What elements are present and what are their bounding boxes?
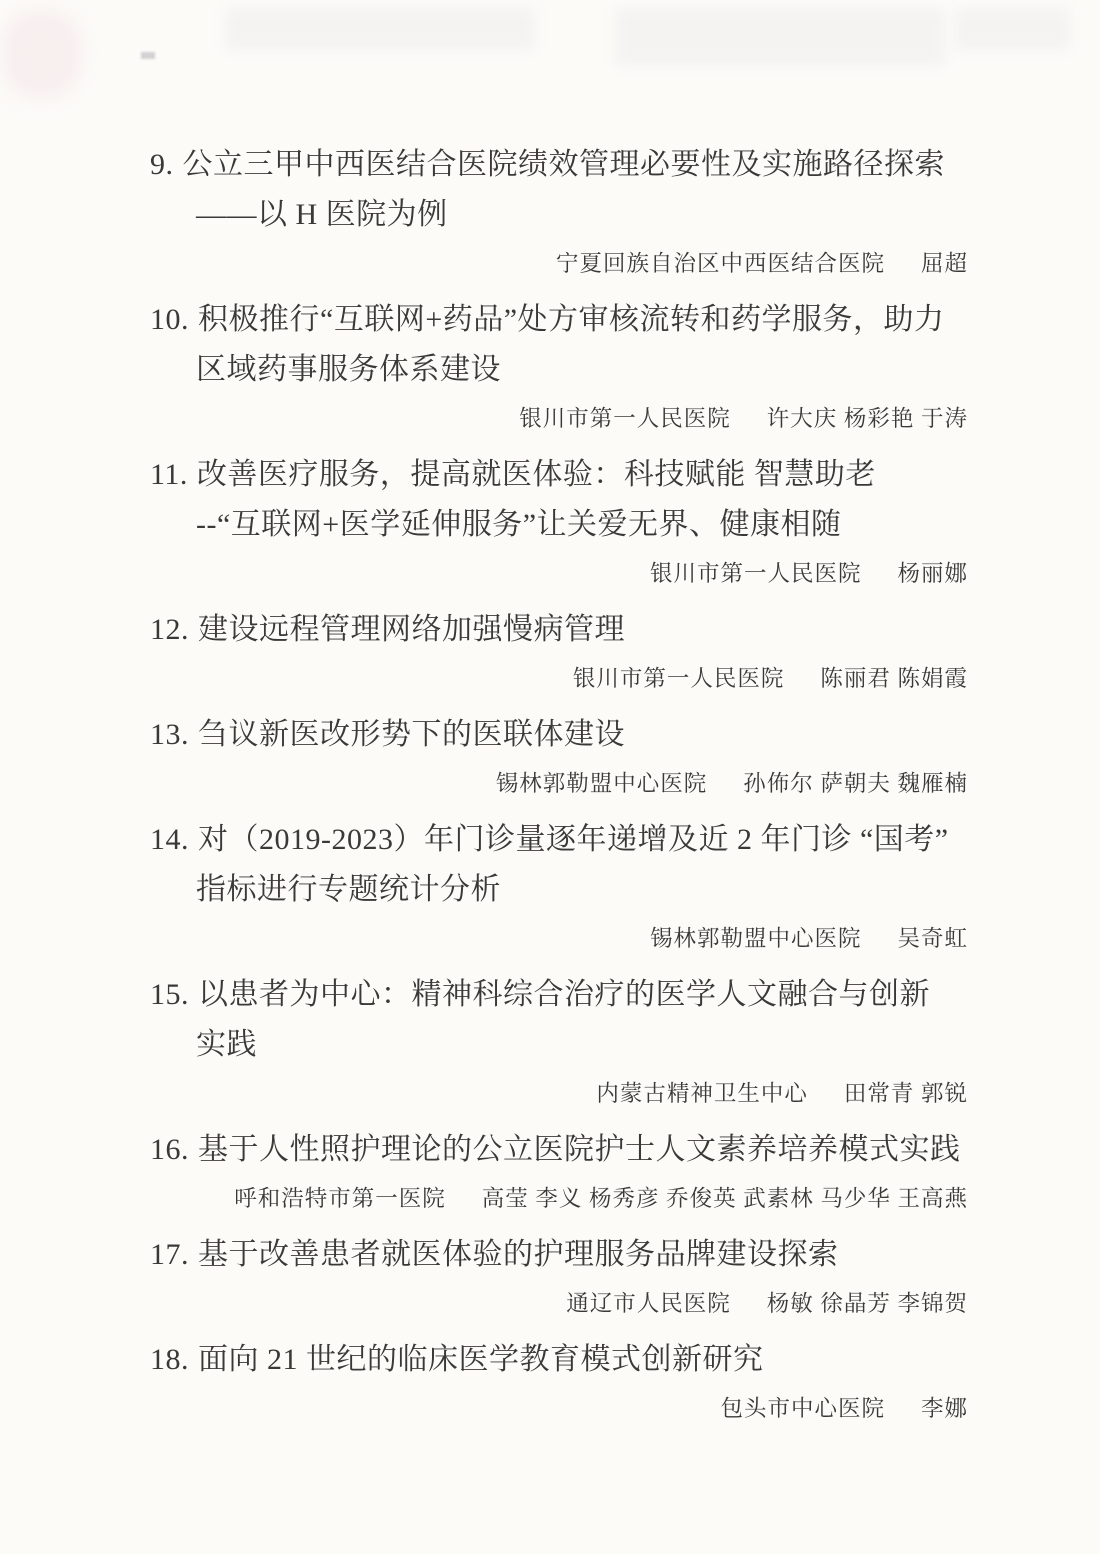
authors: 田常青 郭锐 [844,1081,968,1106]
paper-title-text: 刍议新医改形势下的医联体建设 [198,718,625,751]
paper-byline: 锡林郭勒盟中心医院孙佈尔 萨朝夫 魏雁楠 [150,769,968,799]
paper-title-text: 区域药事服务体系建设 [196,353,501,386]
authors: 李娜 [921,1396,968,1421]
affiliation: 宁夏回族自治区中西医结合医院 [556,251,885,276]
paper-title-text: 面向 21 世纪的临床医学教育模式创新研究 [198,1343,764,1376]
paper-byline: 内蒙古精神卫生中心田常青 郭锐 [150,1079,968,1109]
authors: 杨敏 徐晶芳 李锦贺 [767,1291,968,1316]
paper-title-text: ——以 H 医院为例 [196,198,448,231]
scan-artifact [2,10,82,98]
paper-list: 9.公立三甲中西医结合医院绩效管理必要性及实施路径探索——以 H 医院为例宁夏回… [150,140,968,1424]
scan-artifact [225,8,535,50]
paper-title-line: 区域药事服务体系建设 [196,345,968,395]
affiliation: 包头市中心医院 [720,1396,885,1421]
authors: 陈丽君 陈娟霞 [820,666,968,691]
paper-title-line: 指标进行专题统计分析 [196,865,968,915]
affiliation: 锡林郭勒盟中心医院 [650,926,862,951]
paper-byline: 呼和浩特市第一医院高莹 李义 杨秀彦 乔俊英 武素林 马少华 王高燕 [150,1184,968,1214]
paper-title-text: 基于改善患者就医体验的护理服务品牌建设探索 [198,1238,839,1271]
item-number: 11. [150,458,188,491]
paper-byline: 银川市第一人民医院许大庆 杨彩艳 于涛 [150,404,968,434]
paper-byline: 通辽市人民医院杨敏 徐晶芳 李锦贺 [150,1289,968,1319]
item-number: 14. [150,823,189,856]
list-item: 16.基于人性照护理论的公立医院护士人文素养培养模式实践呼和浩特市第一医院高莹 … [150,1125,968,1214]
paper-title-line: 9.公立三甲中西医结合医院绩效管理必要性及实施路径探索 [150,140,968,190]
list-item: 15.以患者为中心：精神科综合治疗的医学人文融合与创新实践内蒙古精神卫生中心田常… [150,970,968,1109]
affiliation: 银川市第一人民医院 [519,406,731,431]
scan-artifact [141,52,155,59]
list-item: 18.面向 21 世纪的临床医学教育模式创新研究包头市中心医院李娜 [150,1335,968,1424]
affiliation: 银川市第一人民医院 [573,666,785,691]
paper-title-text: 对（2019-2023）年门诊量逐年递增及近 2 年门诊 “国考” [198,823,949,856]
paper-title-text: 公立三甲中西医结合医院绩效管理必要性及实施路径探索 [183,148,946,181]
item-number: 12. [150,613,189,646]
paper-byline: 宁夏回族自治区中西医结合医院屈超 [150,249,968,279]
list-item: 9.公立三甲中西医结合医院绩效管理必要性及实施路径探索——以 H 医院为例宁夏回… [150,140,968,279]
paper-title-line: 15.以患者为中心：精神科综合治疗的医学人文融合与创新 [150,970,968,1020]
authors: 杨丽娜 [897,561,968,586]
paper-title-text: 基于人性照护理论的公立医院护士人文素养培养模式实践 [198,1133,961,1166]
paper-title-line: 13.刍议新医改形势下的医联体建设 [150,710,968,760]
authors: 吴奇虹 [897,926,968,951]
scan-artifact [615,8,945,66]
scan-artifact [955,8,1070,50]
paper-title-line: 18.面向 21 世纪的临床医学教育模式创新研究 [150,1335,968,1385]
paper-title-line: 实践 [196,1020,968,1070]
paper-title-text: 实践 [196,1028,257,1061]
item-number: 9. [150,148,174,181]
affiliation: 内蒙古精神卫生中心 [596,1081,808,1106]
list-item: 11.改善医疗服务，提高就医体验：科技赋能 智慧助老--“互联网+医学延伸服务”… [150,450,968,589]
paper-byline: 银川市第一人民医院陈丽君 陈娟霞 [150,664,968,694]
paper-title-line: 17.基于改善患者就医体验的护理服务品牌建设探索 [150,1230,968,1280]
authors: 许大庆 杨彩艳 于涛 [767,406,968,431]
affiliation: 银川市第一人民医院 [650,561,862,586]
paper-title-line: 10.积极推行“互联网+药品”处方审核流转和药学服务，助力 [150,295,968,345]
item-number: 18. [150,1343,189,1376]
item-number: 13. [150,718,189,751]
item-number: 10. [150,303,189,336]
paper-title-line: 16.基于人性照护理论的公立医院护士人文素养培养模式实践 [150,1125,968,1175]
list-item: 10.积极推行“互联网+药品”处方审核流转和药学服务，助力区域药事服务体系建设银… [150,295,968,434]
paper-byline: 银川市第一人民医院杨丽娜 [150,559,968,589]
paper-title-line: 11.改善医疗服务，提高就医体验：科技赋能 智慧助老 [150,450,968,500]
list-item: 17.基于改善患者就医体验的护理服务品牌建设探索通辽市人民医院杨敏 徐晶芳 李锦… [150,1230,968,1319]
paper-title-text: --“互联网+医学延伸服务”让关爱无界、健康相随 [196,508,842,541]
paper-title-text: 以患者为中心：精神科综合治疗的医学人文融合与创新 [198,978,930,1011]
paper-byline: 包头市中心医院李娜 [150,1394,968,1424]
item-number: 17. [150,1238,189,1271]
list-item: 12.建设远程管理网络加强慢病管理银川市第一人民医院陈丽君 陈娟霞 [150,605,968,694]
list-item: 13.刍议新医改形势下的医联体建设锡林郭勒盟中心医院孙佈尔 萨朝夫 魏雁楠 [150,710,968,799]
paper-title-line: 14.对（2019-2023）年门诊量逐年递增及近 2 年门诊 “国考” [150,815,968,865]
paper-title-text: 积极推行“互联网+药品”处方审核流转和药学服务，助力 [198,303,945,336]
paper-title-text: 改善医疗服务，提高就医体验：科技赋能 智慧助老 [197,458,876,491]
paper-byline: 锡林郭勒盟中心医院吴奇虹 [150,924,968,954]
paper-title-line: ——以 H 医院为例 [196,190,968,240]
affiliation: 锡林郭勒盟中心医院 [496,771,708,796]
paper-title-line: --“互联网+医学延伸服务”让关爱无界、健康相随 [196,500,968,550]
list-item: 14.对（2019-2023）年门诊量逐年递增及近 2 年门诊 “国考”指标进行… [150,815,968,954]
authors: 屈超 [921,251,968,276]
affiliation: 呼和浩特市第一医院 [234,1186,446,1211]
item-number: 16. [150,1133,189,1166]
scanned-document-page: 9.公立三甲中西医结合医院绩效管理必要性及实施路径探索——以 H 医院为例宁夏回… [0,0,1100,1554]
affiliation: 通辽市人民医院 [566,1291,731,1316]
paper-title-text: 指标进行专题统计分析 [196,873,501,906]
authors: 高莹 李义 杨秀彦 乔俊英 武素林 马少华 王高燕 [482,1186,968,1211]
paper-title-line: 12.建设远程管理网络加强慢病管理 [150,605,968,655]
authors: 孙佈尔 萨朝夫 魏雁楠 [743,771,968,796]
paper-title-text: 建设远程管理网络加强慢病管理 [198,613,625,646]
item-number: 15. [150,978,189,1011]
